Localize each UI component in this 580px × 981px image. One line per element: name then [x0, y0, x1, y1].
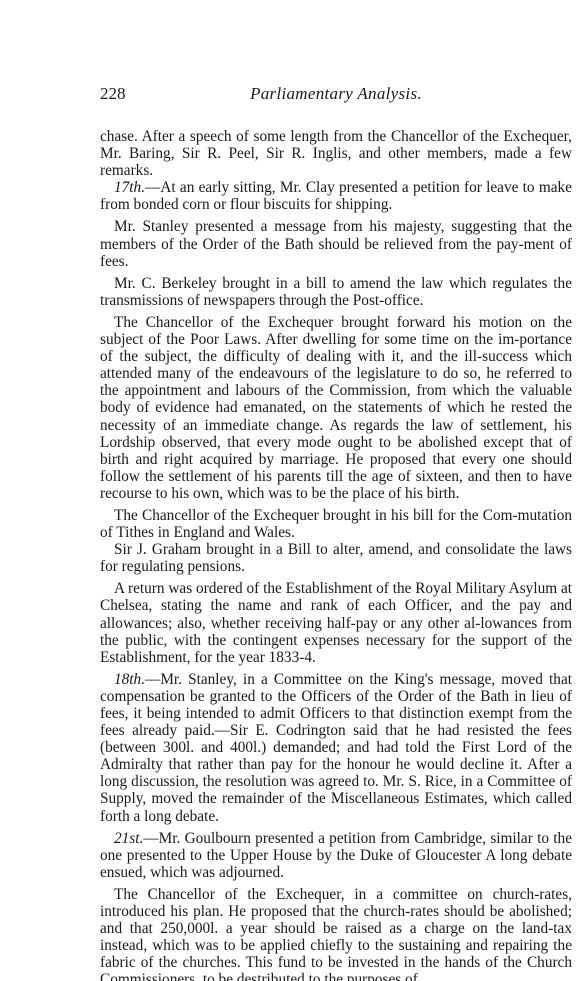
paragraph: A return was ordered of the Establishmen… — [100, 580, 572, 665]
paragraph: 17th.—At an early sitting, Mr. Clay pres… — [100, 179, 572, 213]
paragraph: The Chancellor of the Exchequer brought … — [100, 507, 572, 541]
paragraph: The Chancellor of the Exchequer brought … — [100, 314, 572, 502]
paragraph-text: —Mr. Goulbourn presented a petition from… — [100, 830, 572, 881]
paragraph-text: Mr. C. Berkeley brought in a bill to ame… — [100, 275, 572, 309]
date-label: 21st. — [114, 830, 143, 847]
paragraph-text: A return was ordered of the Establishmen… — [100, 580, 572, 665]
paragraph-text: chase. After a speech of some length fro… — [100, 128, 572, 179]
paragraph-text: —Mr. Stanley, in a Committee on the King… — [100, 671, 572, 825]
paragraph: Sir J. Graham brought in a Bill to alter… — [100, 541, 572, 575]
paragraph-text: The Chancellor of the Exchequer brought … — [100, 314, 572, 502]
paragraph: Mr. C. Berkeley brought in a bill to ame… — [100, 275, 572, 309]
running-title: Parliamentary Analysis. — [100, 84, 572, 104]
paragraph-text: —At an early sitting, Mr. Clay presented… — [100, 179, 572, 213]
date-label: 17th. — [114, 179, 145, 196]
paragraph-text: The Chancellor of the Exchequer, in a co… — [100, 886, 572, 981]
paragraph: chase. After a speech of some length fro… — [100, 128, 572, 179]
paragraph: 21st.—Mr. Goulbourn presented a petition… — [100, 830, 572, 881]
paragraph: Mr. Stanley presented a message from his… — [100, 218, 572, 269]
date-label: 18th. — [114, 671, 145, 688]
page-body: chase. After a speech of some length fro… — [100, 128, 572, 981]
page-header: 228 Parliamentary Analysis. — [100, 84, 572, 108]
paragraph: The Chancellor of the Exchequer, in a co… — [100, 886, 572, 981]
paragraph-text: The Chancellor of the Exchequer brought … — [100, 507, 572, 541]
paragraph-text: Sir J. Graham brought in a Bill to alter… — [100, 541, 572, 575]
paragraph: 18th.—Mr. Stanley, in a Committee on the… — [100, 671, 572, 825]
paragraph-text: Mr. Stanley presented a message from his… — [100, 218, 572, 269]
